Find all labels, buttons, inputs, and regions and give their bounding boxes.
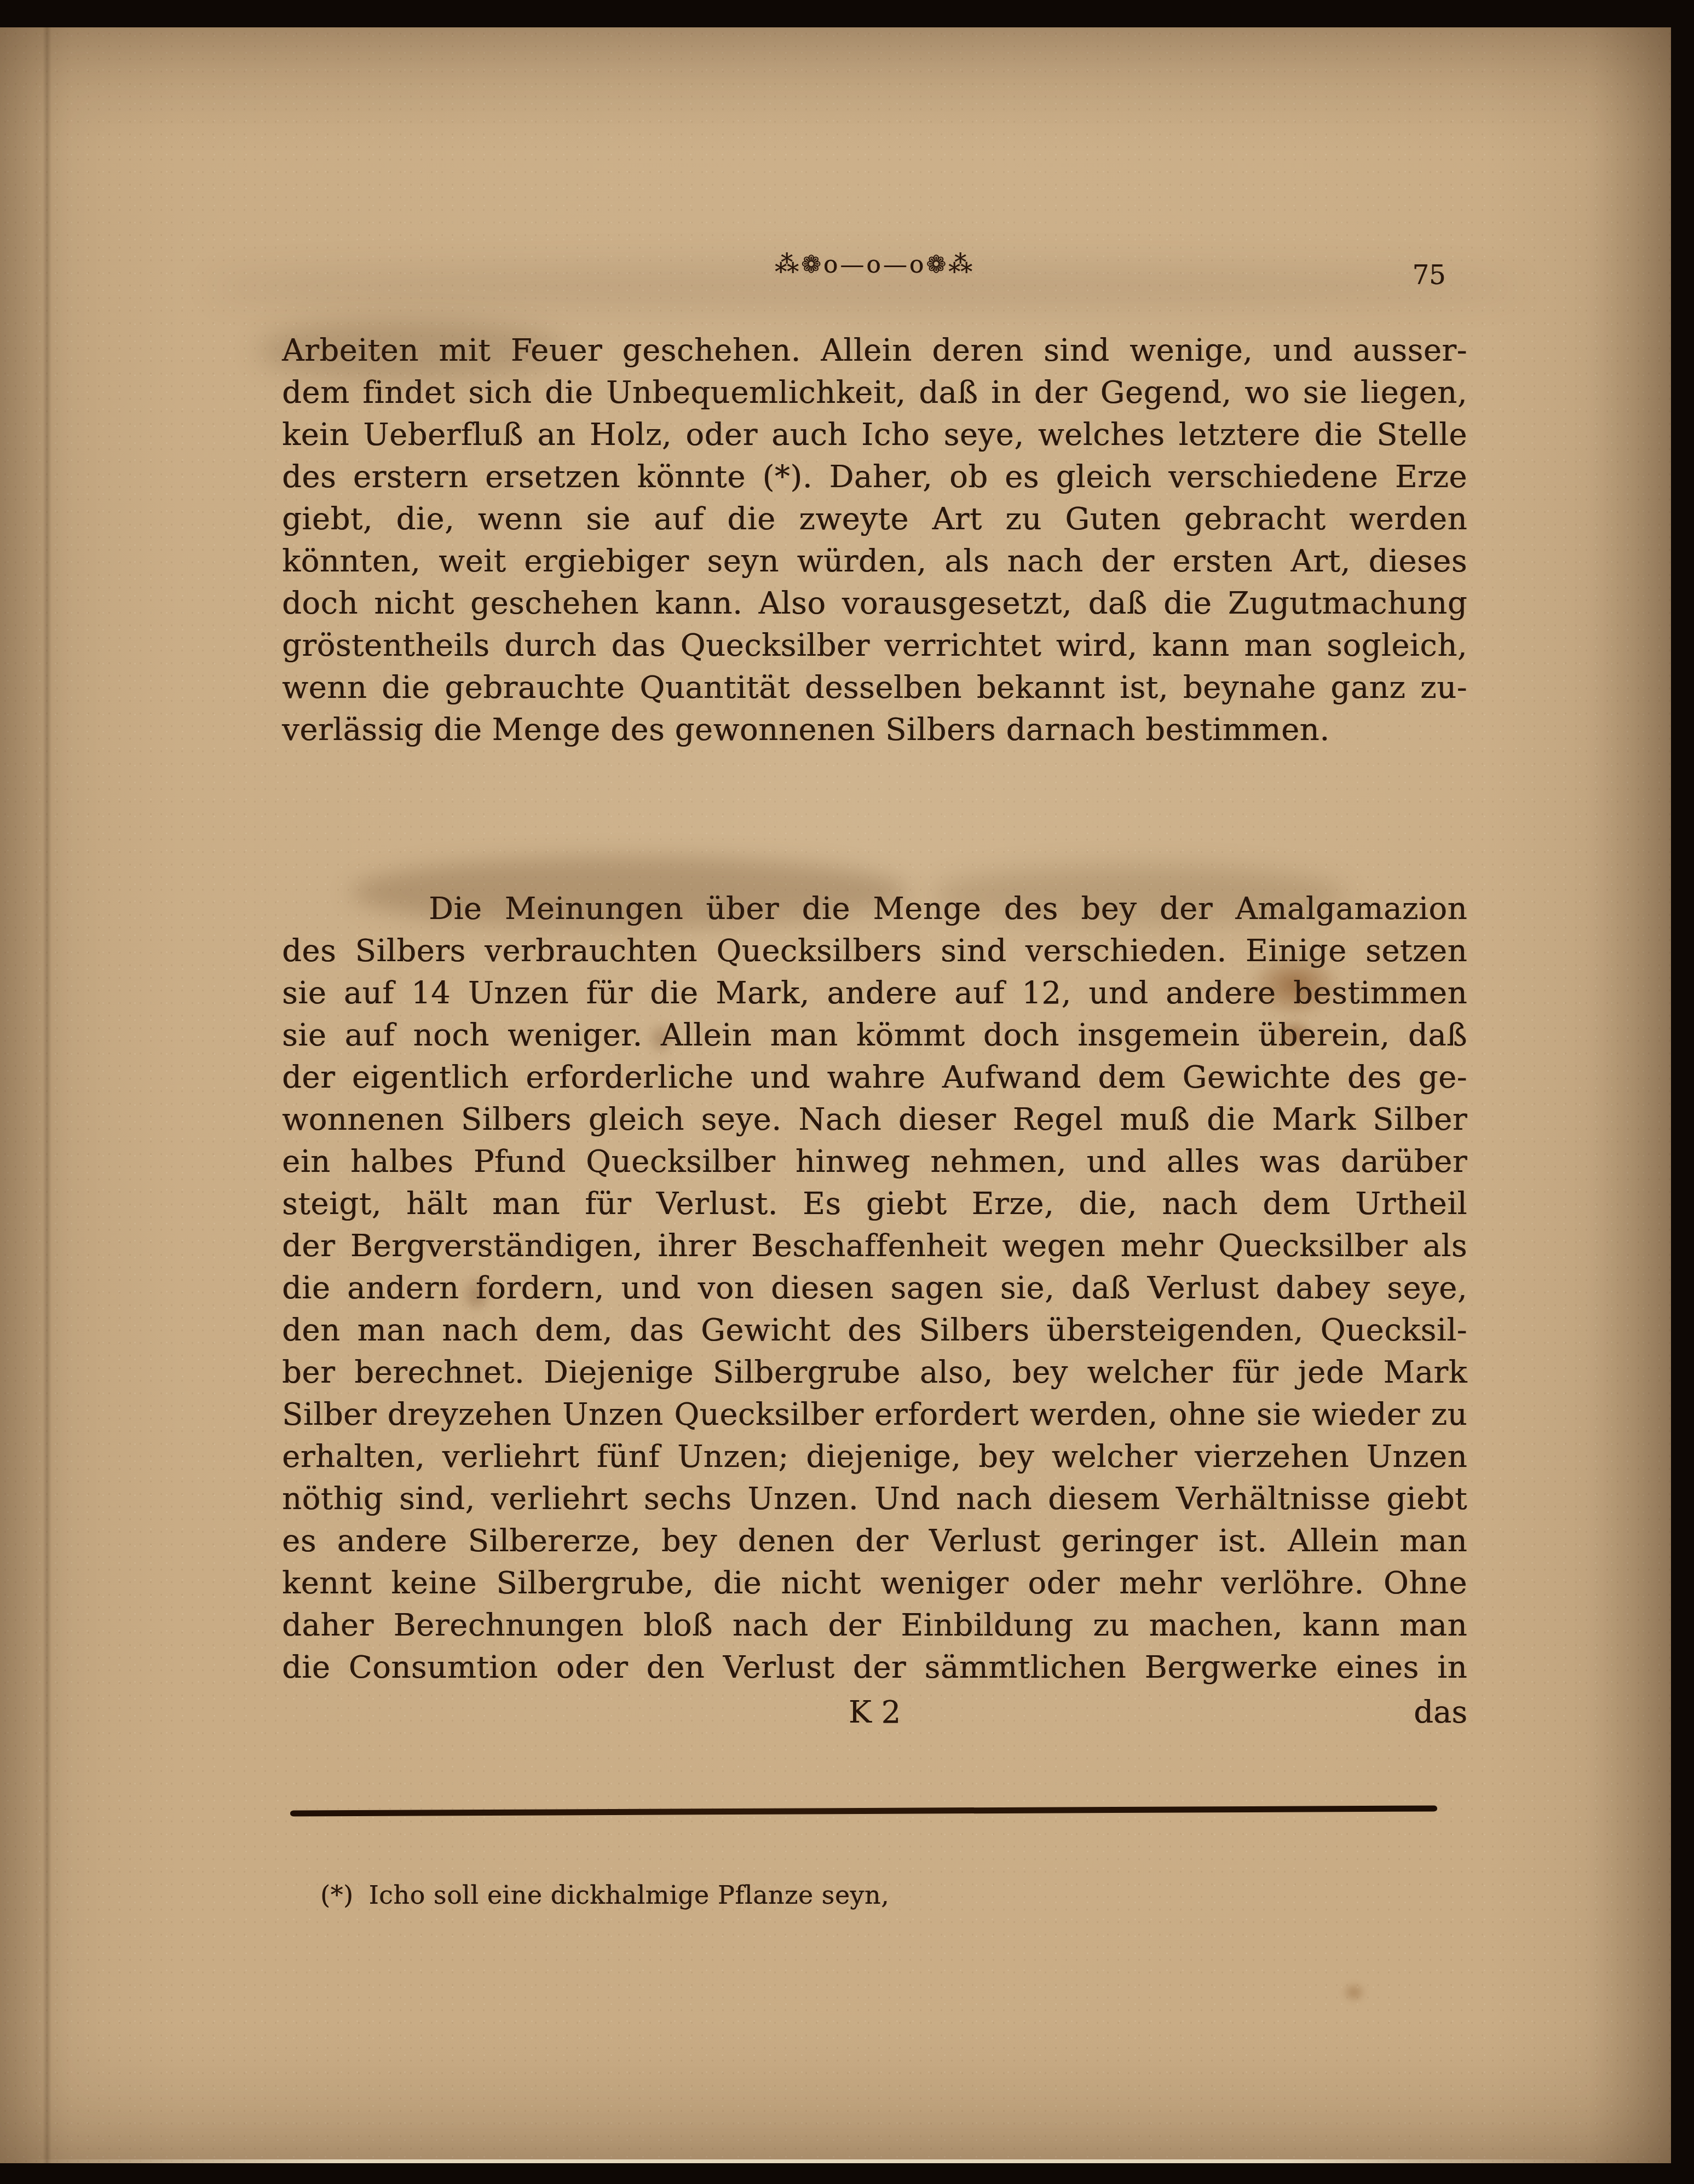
text-line: des Silbers verbrauchten Quecksilbers si…: [282, 930, 1467, 972]
footnote: (*)Icho soll eine dickhalmige Pflanze se…: [320, 1879, 889, 1911]
text-line: Silber dreyzehen Unzen Quecksilber erfor…: [282, 1394, 1467, 1436]
text-line: ein halbes Pfund Quecksilber hinweg nehm…: [282, 1141, 1467, 1183]
footnote-text: Icho soll eine dickhalmige Pflanze seyn,: [368, 1880, 889, 1910]
paragraph-2: Die Meinungen über die Menge des bey der…: [282, 888, 1467, 1689]
text-line: doch nicht geschehen kann. Also vorausge…: [282, 582, 1467, 625]
text-line: es andere Silbererze, bey denen der Verl…: [282, 1520, 1467, 1562]
text-line: daher Berechnungen bloß nach der Einbild…: [282, 1604, 1467, 1646]
paragraph-1: Arbeiten mit Feuer geschehen. Allein der…: [282, 330, 1467, 751]
text-line: Die Meinungen über die Menge des bey der…: [282, 888, 1467, 930]
stain: [1341, 1981, 1367, 2003]
text-line: sie auf noch weniger. Allein man kömmt d…: [282, 1014, 1467, 1056]
signature-mark: K 2: [849, 1691, 901, 1734]
text-line: könnten, weit ergiebiger seyn würden, al…: [282, 540, 1467, 582]
text-line: dem findet sich die Unbequemlichkeit, da…: [282, 372, 1467, 414]
text-line: ber berechnet. Diejenige Silbergrube als…: [282, 1351, 1467, 1394]
text-line: wonnenen Silbers gleich seye. Nach diese…: [282, 1099, 1467, 1141]
book-page: ⁂❁o—o—o❁⁂ 75 Arbeiten mit Feuer geschehe…: [0, 27, 1671, 2163]
text-line: sie auf 14 Unzen für die Mark, andere au…: [282, 972, 1467, 1014]
text-line: kennt keine Silbergrube, die nicht wenig…: [282, 1562, 1467, 1604]
catchword: das: [1414, 1691, 1467, 1734]
text-line: kein Ueberfluß an Holz, oder auch Icho s…: [282, 414, 1467, 456]
footnote-rule: [290, 1805, 1437, 1816]
text-line: verlässig die Menge des gewonnenen Silbe…: [282, 709, 1467, 751]
page-number: 75: [1369, 260, 1489, 291]
text-line: Arbeiten mit Feuer geschehen. Allein der…: [282, 330, 1467, 372]
text-line: der Bergverständigen, ihrer Beschaffenhe…: [282, 1225, 1467, 1267]
page-edge-highlight: [22, 2159, 1599, 2163]
text-line: steigt, hält man für Verlust. Es giebt E…: [282, 1183, 1467, 1225]
text-line: die andern fordern, und von diesen sagen…: [282, 1267, 1467, 1309]
signature-row: K 2 das: [282, 1691, 1467, 1734]
text-line: des erstern ersetzen könnte (*). Daher, …: [282, 456, 1467, 498]
text-line: giebt, die, wenn sie auf die zweyte Art …: [282, 498, 1467, 540]
text-line: gröstentheils durch das Quecksilber verr…: [282, 625, 1467, 667]
text-line: den man nach dem, das Gewicht des Silber…: [282, 1309, 1467, 1351]
scan-background: { "page": { "number": "75", "ornament": …: [0, 0, 1694, 2184]
text-line: der eigentlich erforderliche und wahre A…: [282, 1056, 1467, 1099]
text-line: die Consumtion oder den Verlust der sämm…: [282, 1646, 1467, 1689]
footnote-marker: (*): [320, 1880, 353, 1910]
text-line: nöthig sind, verliehrt sechs Unzen. Und …: [282, 1478, 1467, 1520]
text-line: erhalten, verliehrt fünf Unzen; diejenig…: [282, 1436, 1467, 1478]
text-line: wenn die gebrauchte Quantität desselben …: [282, 667, 1467, 709]
paper-crease: [43, 27, 51, 2163]
header-ornament: ⁂❁o—o—o❁⁂: [282, 251, 1467, 279]
